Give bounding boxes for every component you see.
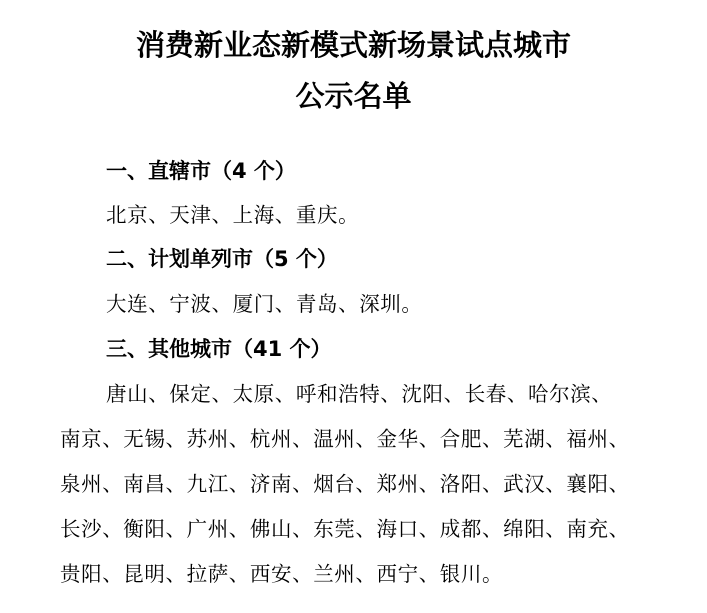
city-list-line: 长沙、衡阳、广州、佛山、东莞、海口、成都、绵阳、南充、 — [60, 515, 630, 543]
document-title-line-1: 消费新业态新模式新场景试点城市 — [0, 27, 707, 63]
section-heading: 二、计划单列市（5 个） — [106, 245, 338, 273]
section-heading: 三、其他城市（41 个） — [106, 335, 332, 363]
city-list-line: 南京、无锡、苏州、杭州、温州、金华、合肥、芜湖、福州、 — [60, 425, 630, 453]
city-list-line: 唐山、保定、太原、呼和浩特、沈阳、长春、哈尔滨、 — [106, 380, 612, 408]
city-list-line: 大连、宁波、厦门、青岛、深圳。 — [106, 290, 423, 318]
document-title-line-2: 公示名单 — [0, 78, 707, 114]
section-heading: 一、直辖市（4 个） — [106, 157, 296, 185]
city-list-line: 北京、天津、上海、重庆。 — [106, 201, 359, 229]
city-list-line: 贵阳、昆明、拉萨、西安、兰州、西宁、银川。 — [60, 560, 503, 588]
city-list-line: 泉州、南昌、九江、济南、烟台、郑州、洛阳、武汉、襄阳、 — [60, 470, 630, 498]
